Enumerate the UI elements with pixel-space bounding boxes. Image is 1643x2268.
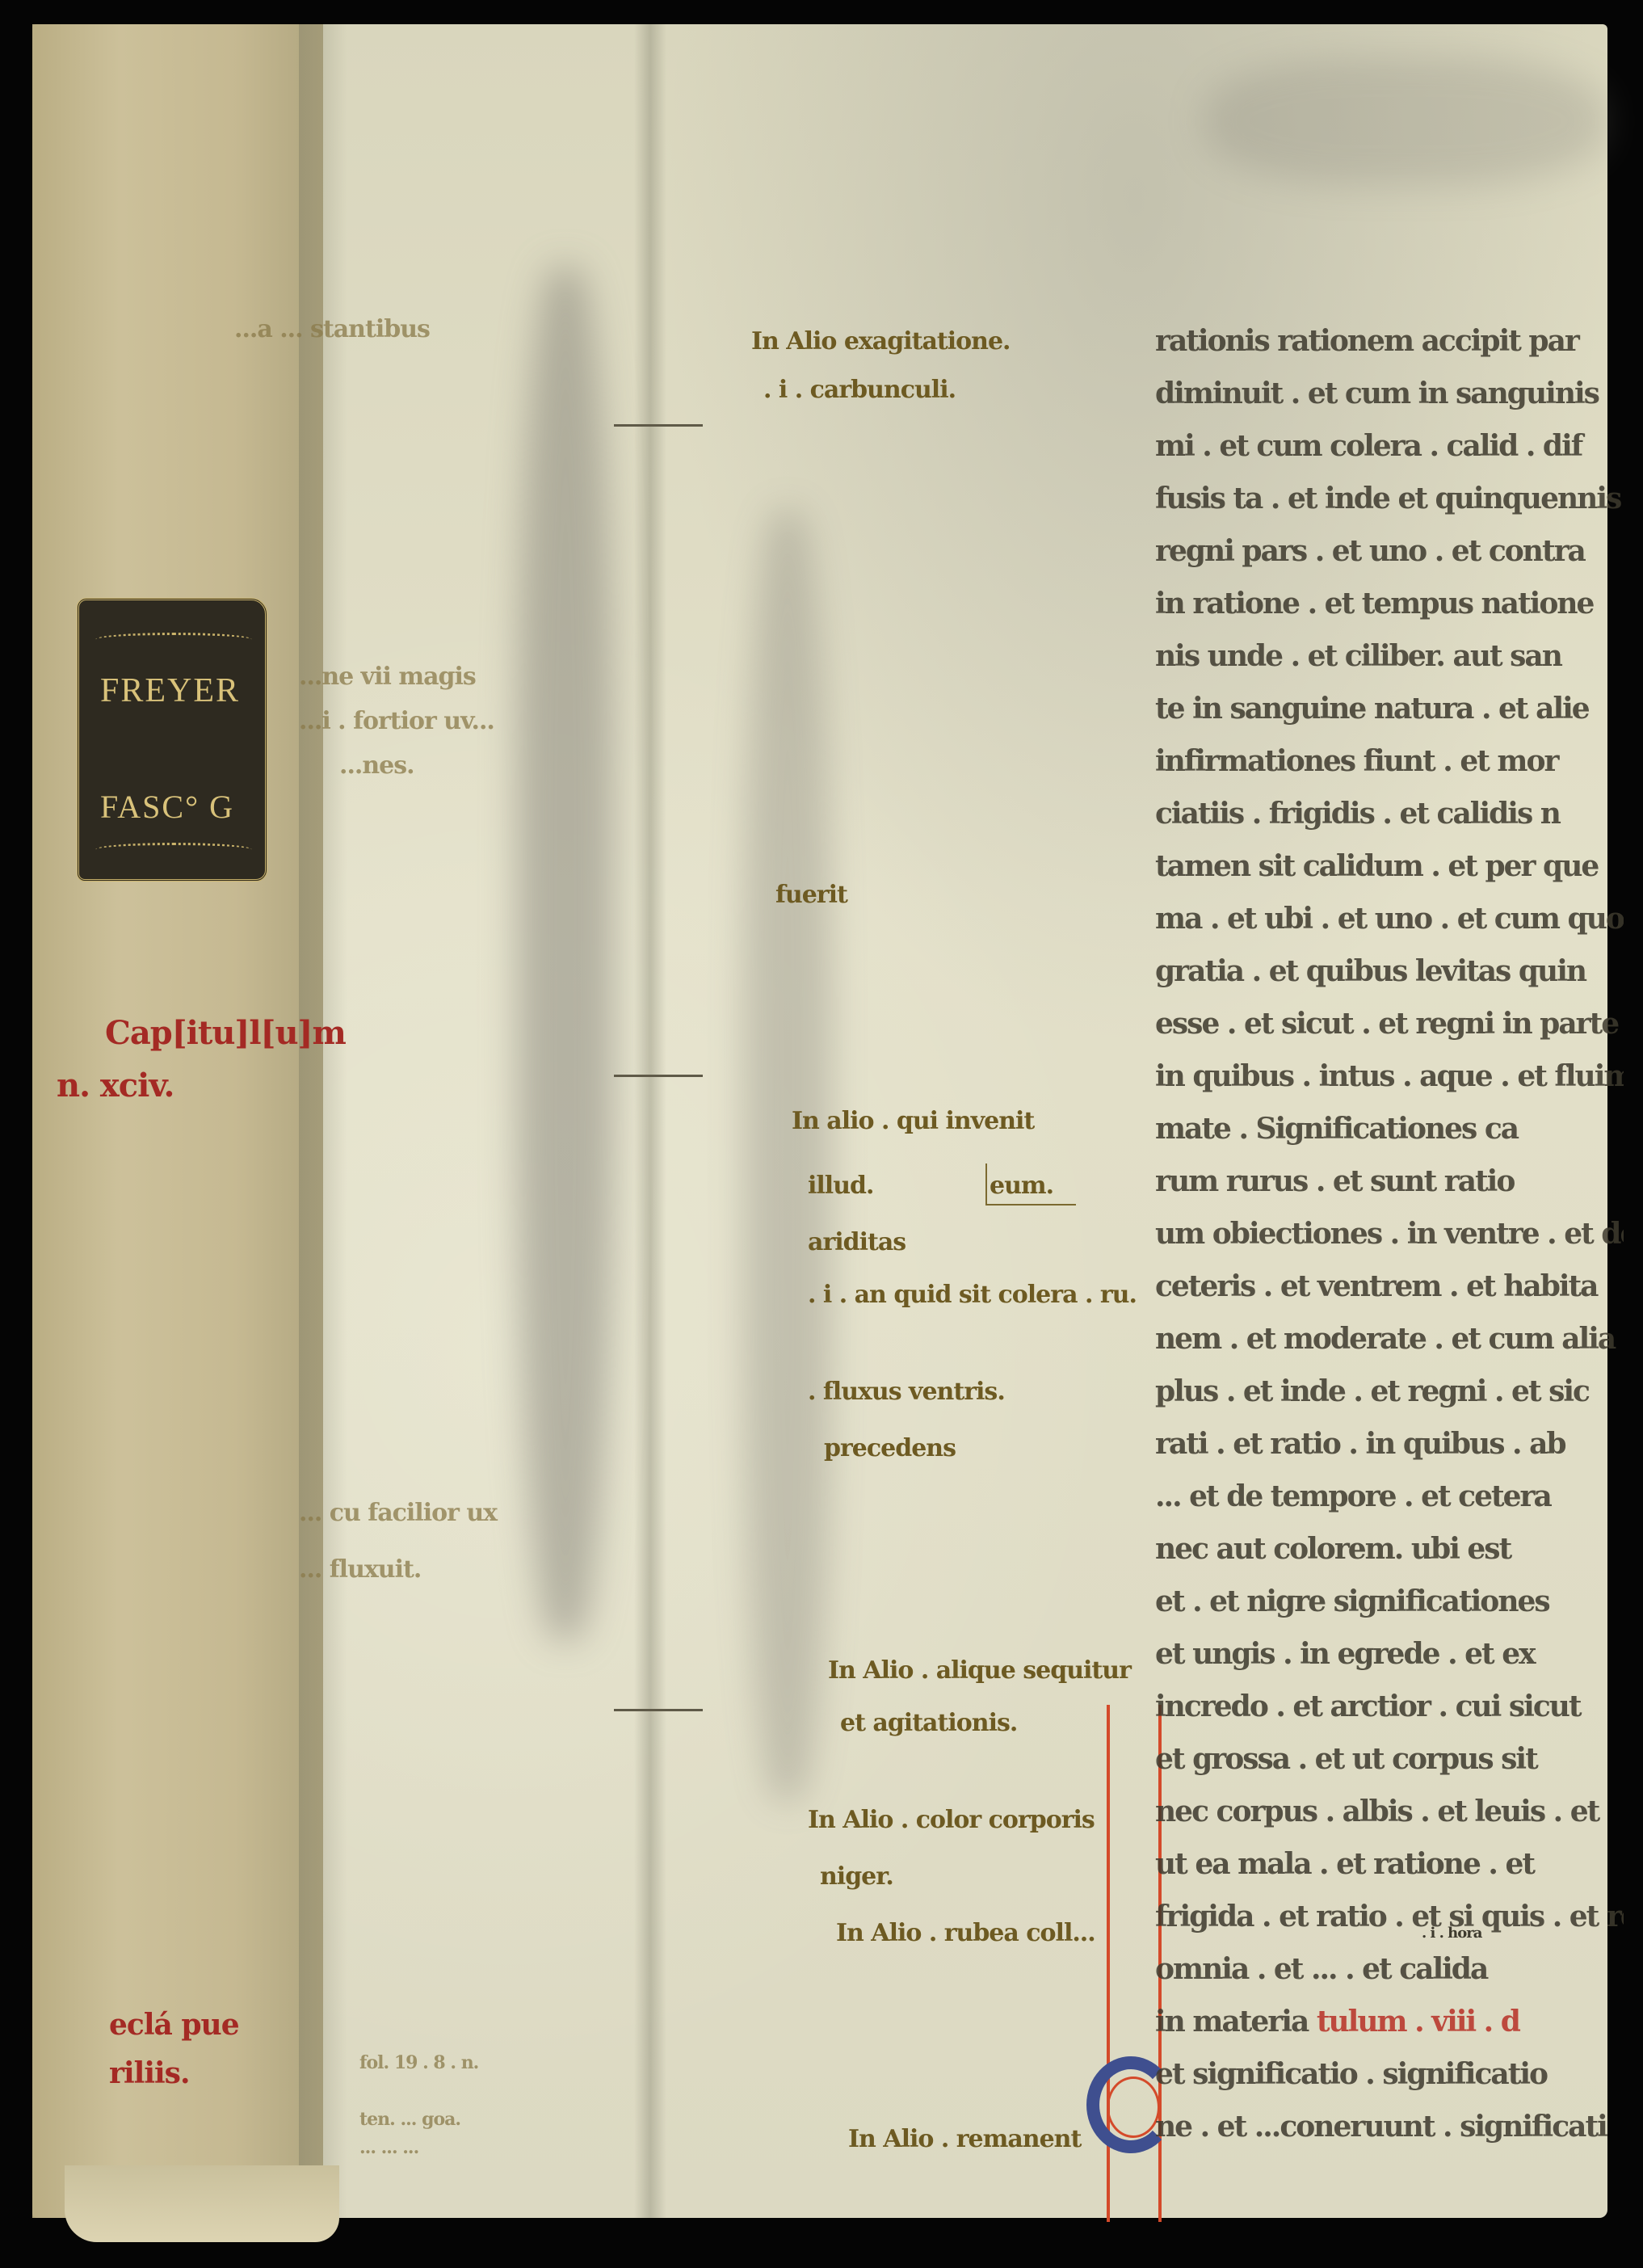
- text-line: infirmationes fiunt . et mor: [1155, 735, 1624, 788]
- text-line: ma . et ubi . et uno . et cum quo: [1155, 893, 1624, 945]
- text-line: ne . et ...coneruunt . significati: [1155, 2101, 1624, 2153]
- margin-gloss: ariditas: [808, 1228, 906, 1256]
- text-line: fusis ta . et inde et quinquennis: [1155, 473, 1624, 525]
- margin-gloss: In Alio . rubea coll...: [836, 1919, 1095, 1947]
- text-line: regni pars . et uno . et contra: [1155, 525, 1624, 578]
- text-line: um obiectiones . in ventre . et de: [1155, 1208, 1624, 1260]
- spine-rubric: n. xciv.: [57, 1067, 174, 1105]
- margin-gloss: In Alio . color corporis: [808, 1806, 1095, 1834]
- chapter-rubric: tulum . viii . d: [1317, 2005, 1519, 2039]
- spine-rubric: eclá pue: [109, 2008, 239, 2042]
- initial-filigree: [1107, 2077, 1160, 2138]
- text-line: incredo . et arctior . cui sicut: [1155, 1681, 1624, 1733]
- text-line: ceteris . et ventrem . et habita: [1155, 1260, 1624, 1313]
- text-line: et grossa . et ut corpus sit: [1155, 1733, 1624, 1786]
- margin-gloss: precedens: [824, 1434, 956, 1462]
- text-line: diminuit . et cum in sanguinis: [1155, 368, 1624, 420]
- shelfmark-note: ten. ... goa.: [359, 2109, 460, 2130]
- text-line: ... et de tempore . et cetera: [1155, 1471, 1624, 1523]
- worn-corner: [65, 2165, 339, 2242]
- margin-gloss: In Alio exagitatione.: [751, 327, 1011, 356]
- text-fragment: in materia: [1155, 2005, 1308, 2039]
- text-line: in quibus . intus . aque . et fluim: [1155, 1050, 1624, 1103]
- water-stain: [517, 267, 614, 1640]
- text-line: et . et nigre significationes: [1155, 1576, 1624, 1628]
- text-line: gratia . et quibus levitas quin: [1155, 945, 1624, 998]
- margin-gloss: et agitationis.: [840, 1709, 1017, 1737]
- margin-gloss: niger.: [820, 1862, 893, 1891]
- water-stain: [743, 509, 832, 1802]
- text-line: ciatiis . frigidis . et calidis n: [1155, 788, 1624, 840]
- spine-rubric: riliis.: [109, 2056, 189, 2090]
- text-line: omnia . et ... . et calida: [1155, 1943, 1624, 1996]
- text-line: frigida . et ratio . et si quis . et reg…: [1155, 1891, 1624, 1943]
- margin-gloss: . i . an quid sit colera . ru.: [808, 1281, 1137, 1309]
- text-line: ut ea mala . et ratione . et: [1155, 1838, 1624, 1891]
- inner-gloss: ...a ... stantibus: [234, 315, 430, 343]
- spine-fold-shadow: [299, 24, 347, 2218]
- text-line: rum rurus . et sunt ratio: [1155, 1155, 1624, 1208]
- text-line: te in sanguine natura . et alie: [1155, 683, 1624, 735]
- spine-rubric: Cap[itu]l[u]m: [105, 1014, 346, 1052]
- margin-gloss: fuerit: [775, 881, 847, 909]
- spine-label: FREYER FASC° G: [77, 598, 267, 882]
- gilt-border-ornament: [95, 633, 252, 646]
- margin-gloss: In Alio . alique sequitur: [828, 1656, 1131, 1685]
- main-text-column: rationis rationem accipit par diminuit .…: [1155, 315, 1624, 2153]
- text-line: rationis rationem accipit par: [1155, 315, 1624, 368]
- text-line: nis unde . et ciliber. aut san: [1155, 630, 1624, 683]
- stitch-mark: [614, 1075, 703, 1077]
- text-line: esse . et sicut . et regni in parte: [1155, 998, 1624, 1050]
- text-line: nem . et moderate . et cum alia: [1155, 1313, 1624, 1365]
- margin-gloss: In Alio . remanent: [848, 2125, 1081, 2153]
- text-line: et significatio . significatio: [1155, 2048, 1624, 2101]
- stitch-mark: [614, 424, 703, 427]
- gloss-bracket: [985, 1163, 1076, 1206]
- spine-label-line1: FREYER: [100, 671, 240, 710]
- text-line: in ratione . et tempus natione: [1155, 578, 1624, 630]
- text-line: tamen sit calidum . et per que: [1155, 840, 1624, 893]
- text-line: mi . et cum colera . calid . dif: [1155, 420, 1624, 473]
- text-line: nec aut colorem. ubi est: [1155, 1523, 1624, 1576]
- margin-gloss: In alio . qui invenit: [792, 1107, 1034, 1135]
- margin-gloss: illud.: [808, 1172, 873, 1200]
- stitch-mark: [614, 1709, 703, 1711]
- margin-gloss: . i . carbunculi.: [763, 376, 956, 404]
- spine: [32, 24, 323, 2218]
- manuscript-cover: FREYER FASC° G Cap[itu]l[u]m n. xciv. ec…: [32, 24, 1607, 2218]
- text-line: plus . et inde . et regni . et sic: [1155, 1365, 1624, 1418]
- margin-gloss: . fluxus ventris.: [808, 1378, 1005, 1406]
- inner-gloss: ...i . fortior uv...: [299, 707, 494, 735]
- inner-gloss: ...ne vii magis: [299, 663, 476, 691]
- inner-gloss: ... fluxuit.: [299, 1555, 421, 1584]
- interlinear-gloss: . i . hora: [1422, 1925, 1481, 1942]
- fold-line: [634, 24, 666, 2218]
- inner-gloss: ...nes.: [339, 751, 414, 780]
- text-line: rati . et ratio . in quibus . ab: [1155, 1418, 1624, 1471]
- shelfmark-note: ... ... ...: [359, 2137, 418, 2158]
- spine-label-line2: FASC° G: [100, 788, 234, 826]
- text-line: mate . Significationes ca: [1155, 1103, 1624, 1155]
- text-line: nec corpus . albis . et leuis . et: [1155, 1786, 1624, 1838]
- text-line: et ungis . in egrede . et ex: [1155, 1628, 1624, 1681]
- text-line-with-rubric: in materia tulum . viii . d: [1155, 1996, 1624, 2048]
- shelfmark-note: fol. 19 . 8 . n.: [359, 2052, 478, 2073]
- gilt-border-ornament: [95, 843, 252, 856]
- water-stain: [1204, 57, 1607, 186]
- inner-gloss: ... cu facilior ux: [299, 1499, 497, 1527]
